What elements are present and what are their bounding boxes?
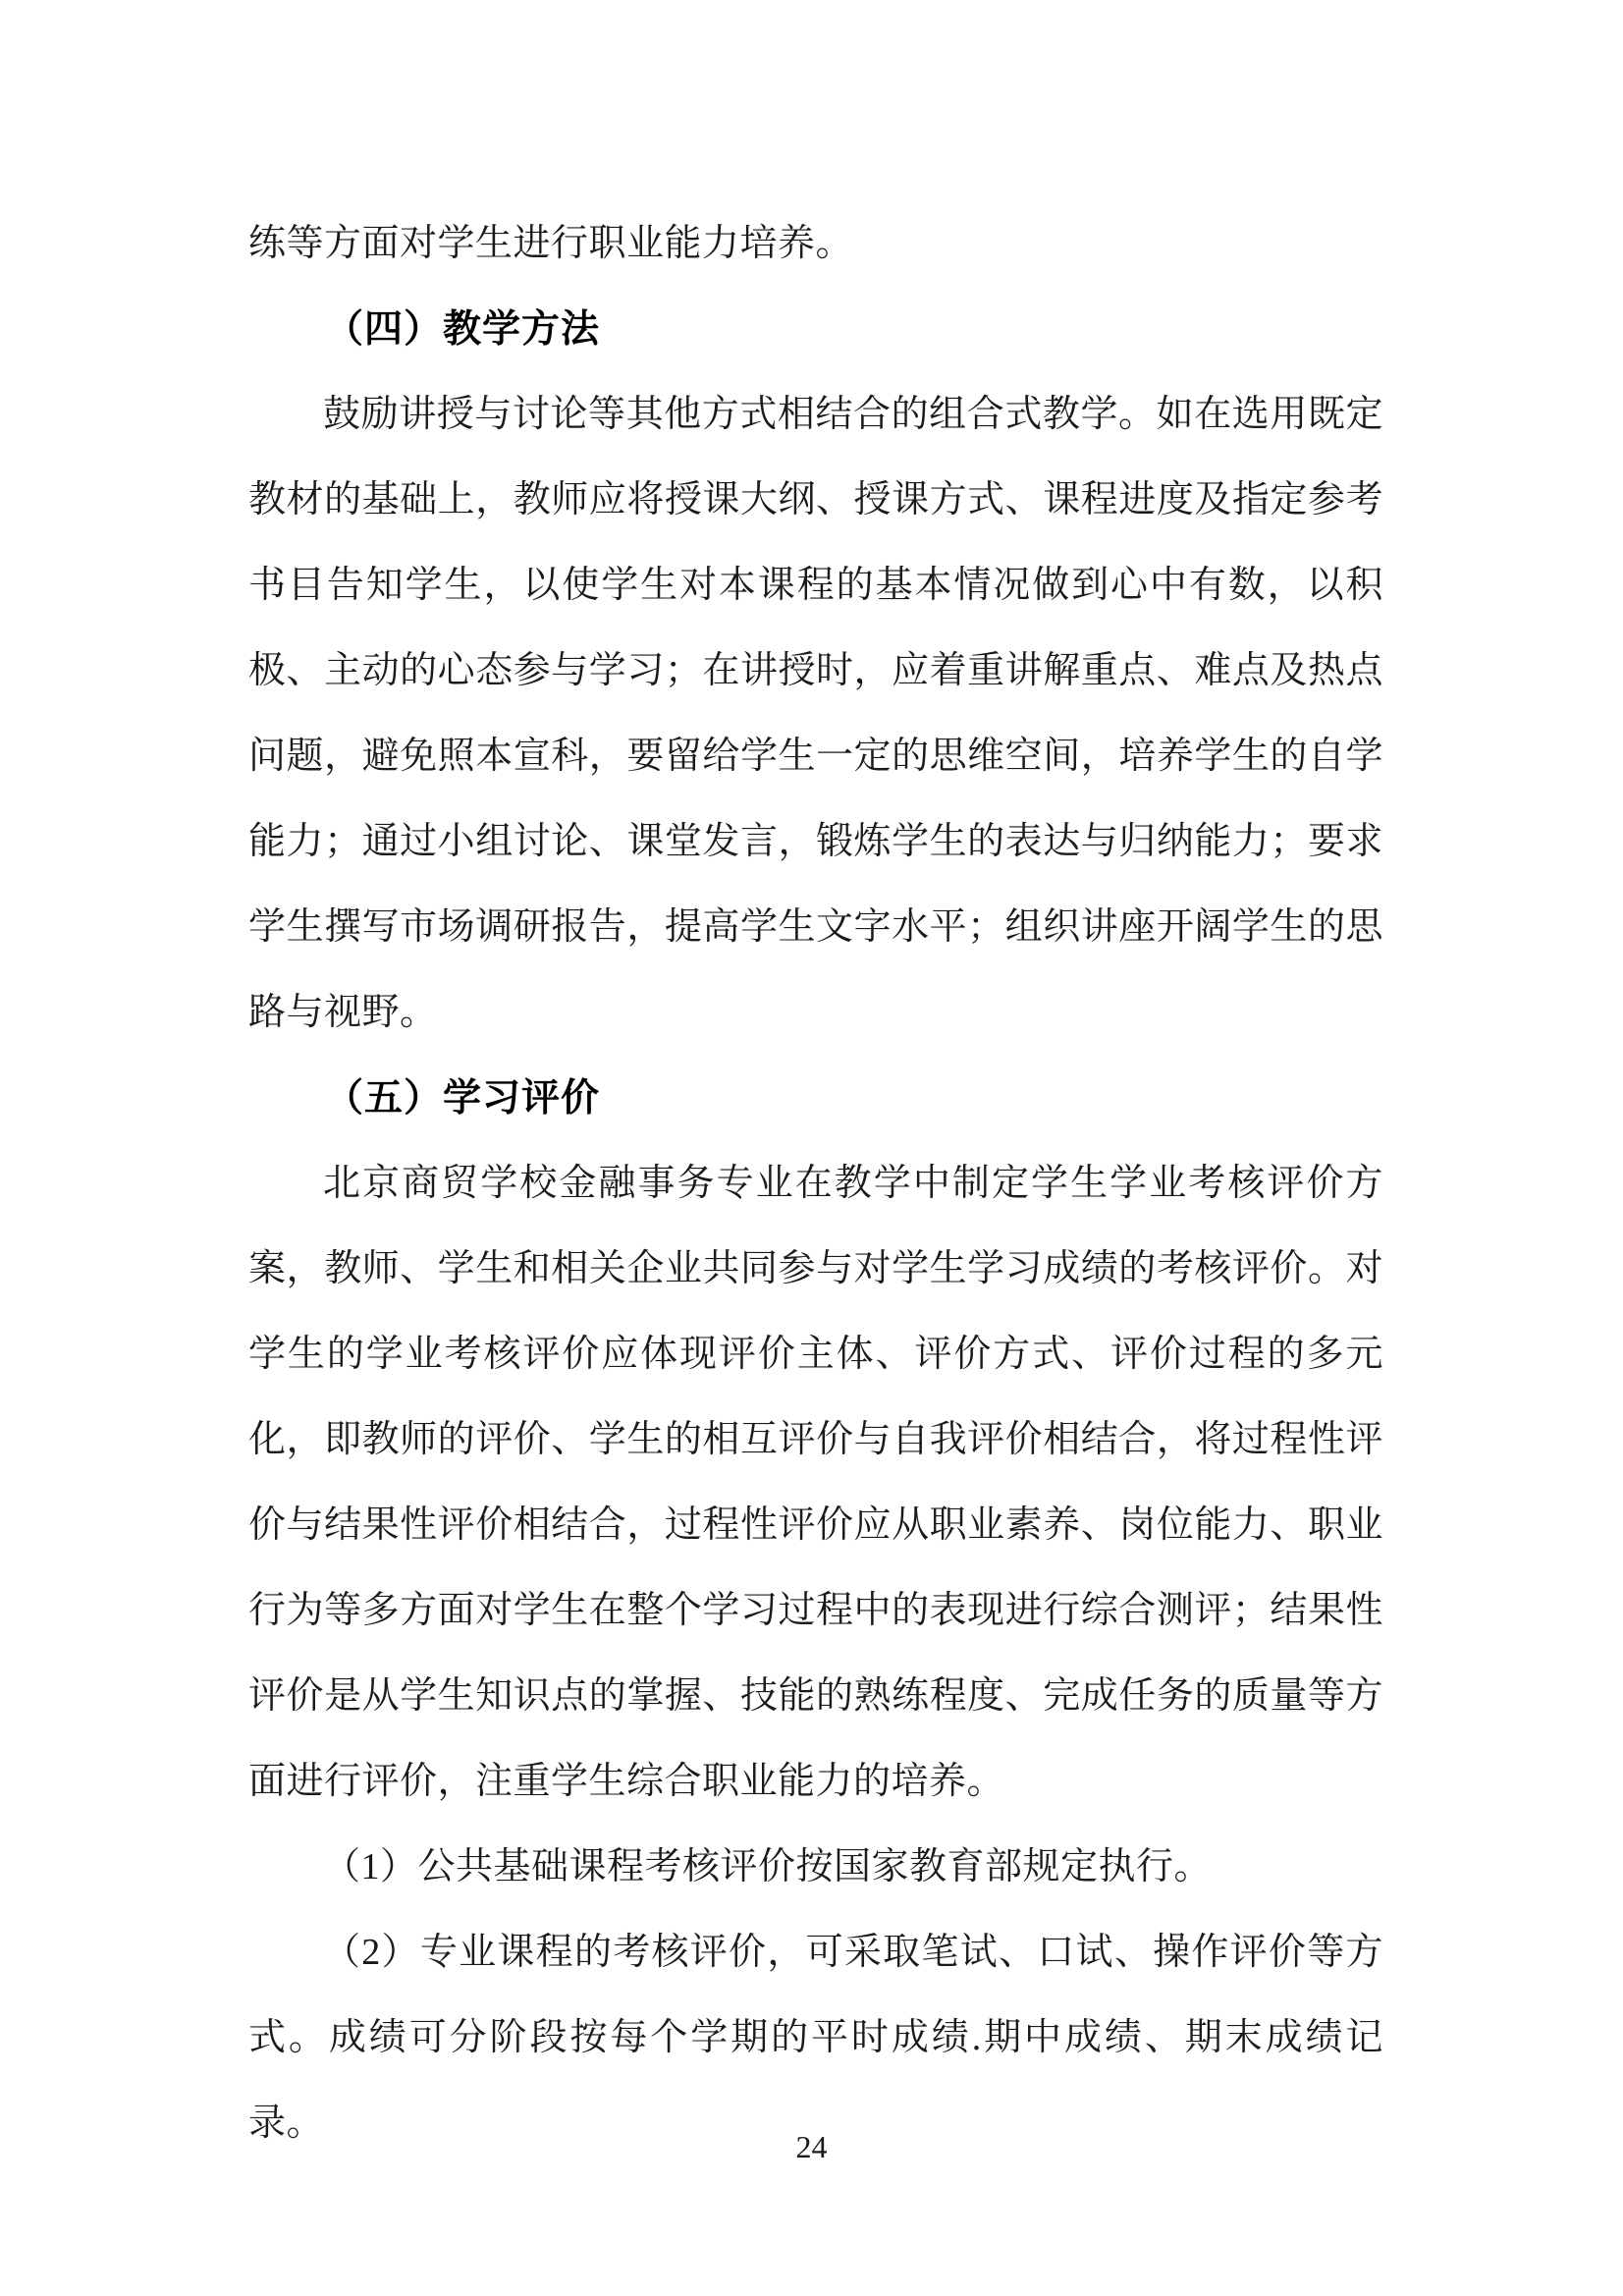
paragraph-teaching-methods: 鼓励讲授与讨论等其他方式相结合的组合式教学。如在选用既定教材的基础上，教师应将授… (248, 372, 1383, 1056)
paragraph-learning-evaluation: 北京商贸学校金融事务专业在教学中制定学生学业考核评价方案，教师、学生和相关企业共… (248, 1141, 1383, 1825)
paragraph-continuation: 练等方面对学生进行职业能力培养。 (248, 201, 1383, 287)
section-heading-learning-evaluation: （五）学习评价 (248, 1056, 1383, 1141)
section-heading-teaching-methods: （四）教学方法 (248, 287, 1383, 372)
document-body: 练等方面对学生进行职业能力培养。 （四）教学方法 鼓励讲授与讨论等其他方式相结合… (248, 201, 1383, 2166)
paragraph-item-2: （2）专业课程的考核评价，可采取笔试、口试、操作评价等方式。成绩可分阶段按每个学… (248, 1910, 1383, 2166)
document-page: 练等方面对学生进行职业能力培养。 （四）教学方法 鼓励讲授与讨论等其他方式相结合… (0, 0, 1623, 2296)
page-footer: 24 (0, 2129, 1623, 2165)
page-number: 24 (796, 2129, 828, 2164)
paragraph-item-1: （1）公共基础课程考核评价按国家教育部规定执行。 (248, 1825, 1383, 1910)
